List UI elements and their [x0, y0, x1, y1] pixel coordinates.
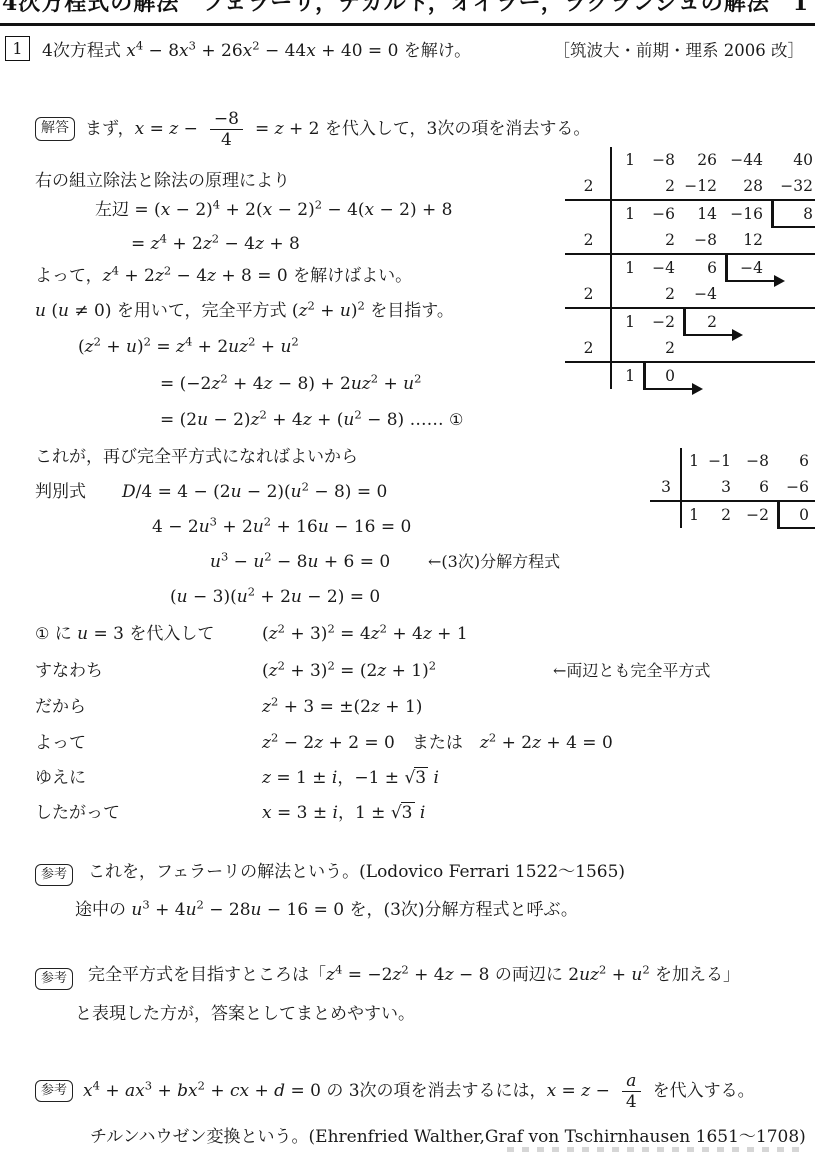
- remainder-bracket: [683, 307, 686, 335]
- table-cell: 6: [738, 474, 776, 500]
- table-cell: −12: [682, 173, 724, 199]
- shitagatte-label: したがって: [35, 800, 120, 826]
- reference-3-post: を代入する。: [653, 1078, 755, 1104]
- problem-row: 1 4次方程式 x4 − 8x3 + 26x2 − 44x + 40 = 0 を…: [5, 36, 810, 61]
- intro-pre: まず，x = z −: [85, 116, 198, 142]
- table-row: 1−614−168: [565, 201, 815, 227]
- table-cell: −1: [706, 448, 738, 474]
- yueni-label: ゆえに: [35, 765, 86, 791]
- header-divider: [0, 23, 815, 26]
- page-header: 4次方程式の解法 フェラーリ，デカルト，オイラー，ラグランジュの解法 1: [0, 0, 815, 22]
- table-cell: 1: [612, 309, 642, 335]
- table-cell: 1: [682, 448, 706, 474]
- table-cell: 40: [770, 147, 815, 173]
- reference-tag-2: 参考: [35, 968, 73, 990]
- table-row: 22: [565, 335, 815, 361]
- perfect-square-annotation: ←両辺とも完全平方式: [553, 658, 710, 684]
- table-cell: [612, 335, 642, 361]
- table-cell: [682, 363, 724, 389]
- remainder-bracket: [725, 253, 728, 281]
- remainder-cell: 0: [776, 502, 815, 528]
- substitute-label: ① に u = 3 を代入して: [35, 621, 214, 647]
- remainder-value: 0: [665, 367, 675, 385]
- table-cell: 2: [642, 173, 682, 199]
- table-cell: 6: [682, 255, 724, 281]
- table-cell: [682, 335, 724, 361]
- table-cell: −2: [738, 502, 776, 528]
- z-roots-eq: z = 1 ± i，−1 ± √3 i: [262, 765, 439, 791]
- resolvent-annotation: ←(3次)分解方程式: [428, 549, 560, 575]
- multiplier-cell: 2: [565, 285, 612, 303]
- table-row: 22−812: [565, 227, 815, 253]
- remainder-bracket: [771, 199, 774, 227]
- table-row: 1−1−86: [650, 448, 815, 474]
- solution-again: これが，再び完全平方式になればよいから: [35, 444, 358, 470]
- solution-lhs2: = z4 + 2z2 − 4z + 8: [131, 231, 300, 257]
- table-cell: 2: [642, 335, 682, 361]
- table-cell: −4: [682, 281, 724, 307]
- page-header-title: 4次方程式の解法 フェラーリ，デカルト，オイラー，ラグランジュの解法 1: [2, 0, 815, 19]
- table-cell: 28: [724, 173, 770, 199]
- solution-square3: = (2u − 2)z2 + 4z + (u2 − 8) …… ①: [160, 407, 463, 433]
- problem-statement: 4次方程式 x4 − 8x3 + 26x2 − 44x + 40 = 0 を解け…: [42, 36, 471, 61]
- table-cell: −6: [642, 201, 682, 227]
- table-cell: −32: [770, 173, 815, 199]
- table-cell: 2: [706, 502, 738, 528]
- table-cell: [770, 281, 815, 307]
- table-cell: 12: [724, 227, 770, 253]
- remainder-cell: 0: [642, 363, 682, 389]
- table-cell: −6: [776, 474, 815, 500]
- solution-intro-line: 解答 まず，x = z − −8 4 = z + 2 を代入して，3次の項を消去…: [35, 102, 590, 156]
- table-cell: −2: [642, 309, 682, 335]
- reference-2-line-2: と表現した方が，答案としてまとめやすい。: [75, 1001, 415, 1027]
- reference-2-line-1: 完全平方式を目指すところは「z4 = −2z2 + 4z − 8 の両辺に 2u…: [88, 962, 740, 988]
- fraction-numerator: a: [622, 1071, 640, 1091]
- answer-tag: 解答: [35, 117, 75, 141]
- table-row: 22−4: [565, 281, 815, 307]
- remainder-value: 2: [707, 313, 717, 331]
- table-cell: [770, 335, 815, 361]
- table-cell: −16: [724, 201, 770, 227]
- table-cell: [724, 309, 770, 335]
- table-cell: [612, 173, 642, 199]
- reference-3-line-1: 参考 x4 + ax3 + bx2 + cx + d = 0 の 3次の項を消去…: [35, 1064, 755, 1118]
- table-cell: [612, 281, 642, 307]
- solution-square1: (z2 + u)2 = z4 + 2uz2 + u2: [78, 334, 299, 360]
- solution-aim: u (u ≠ 0) を用いて，完全平方式 (z2 + u)2 を目指す。: [35, 298, 454, 324]
- sunawachi-label: すなわち: [35, 658, 103, 684]
- table-cell: [724, 281, 770, 307]
- remainder-bracket: [777, 500, 780, 528]
- table-cell: 2: [642, 227, 682, 253]
- multiplier-cell: 3: [650, 478, 682, 496]
- quadratics-eq: z2 − 2z + 2 = 0 または z2 + 2z + 4 = 0: [262, 730, 613, 756]
- resolvent-cubic: u3 − u2 − 8u + 6 = 0: [210, 549, 390, 575]
- table-cell: −8: [738, 448, 776, 474]
- problem-source: ［筑波大・前期・理系 2006 改］: [554, 37, 804, 61]
- table-cell: [770, 227, 815, 253]
- solution-square2: = (−2z2 + 4z − 8) + 2uz2 + u2: [160, 371, 421, 397]
- fraction-numerator: −8: [210, 109, 243, 129]
- table-cell: −8: [682, 227, 724, 253]
- discriminant-eq2: 4 − 2u3 + 2u2 + 16u − 16 = 0: [152, 514, 411, 540]
- table-cell: 1: [612, 363, 642, 389]
- document-page: 4次方程式の解法 フェラーリ，デカルト，オイラー，ラグランジュの解法 1 1 4…: [0, 0, 815, 1152]
- discriminant-eq1: D/4 = 4 − (2u − 2)(u2 − 8) = 0: [122, 479, 387, 505]
- remainder-cell: −4: [724, 255, 770, 281]
- table-cell: [724, 363, 770, 389]
- table-cell: 3: [706, 474, 738, 500]
- table-cell: [612, 227, 642, 253]
- problem-number-box: 1: [5, 36, 30, 61]
- table-row: 22−1228−32: [565, 173, 815, 199]
- table-cell: 1: [612, 201, 642, 227]
- solution-lhs1: 左辺 = (x − 2)4 + 2(x − 2)2 − 4(x − 2) + 8: [95, 197, 453, 223]
- multiplier-cell: 2: [565, 231, 612, 249]
- yotte-label: よって: [35, 730, 86, 756]
- resolvent-factored: (u − 3)(u2 + 2u − 2) = 0: [170, 584, 380, 610]
- table-cell: 26: [682, 147, 724, 173]
- table-cell: 1: [612, 147, 642, 173]
- table-cell: 2: [642, 281, 682, 307]
- reference-tag-3: 参考: [35, 1080, 73, 1102]
- reference-3-pre: x4 + ax3 + bx2 + cx + d = 0 の 3次の項を消去するに…: [83, 1078, 610, 1104]
- plusminus-eq: z2 + 3 = ±(2z + 1): [262, 694, 422, 720]
- table-cell: −8: [642, 147, 682, 173]
- fraction: a 4: [622, 1071, 641, 1112]
- table-cell: −44: [724, 147, 770, 173]
- reference-1-line-1: これを，フェラーリの解法という。(Lodovico Ferrari 1522～1…: [88, 859, 625, 885]
- clipped-next-line-fragment: [507, 1147, 807, 1152]
- table-cell: [724, 335, 770, 361]
- table-cell: [770, 363, 815, 389]
- synthetic-division-table-2: 1−1−86336−612−20: [650, 448, 815, 528]
- table-cell: −4: [642, 255, 682, 281]
- table-row: 1−826−4440: [565, 147, 815, 173]
- table-cell: 14: [682, 201, 724, 227]
- synthetic-division-table-1: 1−826−444022−1228−321−614−16822−8121−46−…: [565, 147, 815, 389]
- table-row: 12−20: [650, 502, 815, 528]
- solution-principle: 右の組立除法と除法の原理により: [35, 168, 290, 194]
- table-row: 10: [565, 363, 815, 389]
- table-row: 336−6: [650, 474, 815, 500]
- substitute-eq: (z2 + 3)2 = 4z2 + 4z + 1: [262, 621, 468, 647]
- intro-post: = z + 2 を代入して，3次の項を消去する。: [255, 116, 590, 142]
- multiplier-cell: 2: [565, 177, 612, 195]
- table-cell: [770, 309, 815, 335]
- remainder-bracket: [643, 361, 646, 389]
- dakara-label: だから: [35, 694, 86, 720]
- remainder-cell: 8: [770, 201, 815, 227]
- table-cell: 1: [612, 255, 642, 281]
- remainder-value: 0: [799, 506, 809, 524]
- perfect-square-eq: (z2 + 3)2 = (2z + 1)2: [262, 658, 436, 684]
- solution-solve: よって，z4 + 2z2 − 4z + 8 = 0 を解けばよい。: [35, 263, 412, 289]
- multiplier-cell: 2: [565, 339, 612, 357]
- remainder-value: 8: [803, 205, 813, 223]
- table-cell: [682, 474, 706, 500]
- reference-tag-1: 参考: [35, 864, 73, 886]
- x-roots-eq: x = 3 ± i，1 ± √3 i: [262, 800, 425, 826]
- table-row: 1−46−4: [565, 255, 815, 281]
- fraction: −8 4: [210, 109, 243, 150]
- fraction-denominator: 4: [217, 130, 236, 150]
- table-row: 1−22: [565, 309, 815, 335]
- remainder-arrow: [777, 527, 815, 530]
- remainder-cell: 2: [682, 309, 724, 335]
- reference-1-line-2: 途中の u3 + 4u2 − 28u − 16 = 0 を，(3次)分解方程式と…: [75, 897, 578, 923]
- table-cell: [770, 255, 815, 281]
- remainder-value: −4: [740, 259, 763, 277]
- discriminant-label: 判別式: [35, 479, 86, 505]
- fraction-denominator: 4: [622, 1092, 641, 1112]
- table-cell: 6: [776, 448, 815, 474]
- table-cell: 1: [682, 502, 706, 528]
